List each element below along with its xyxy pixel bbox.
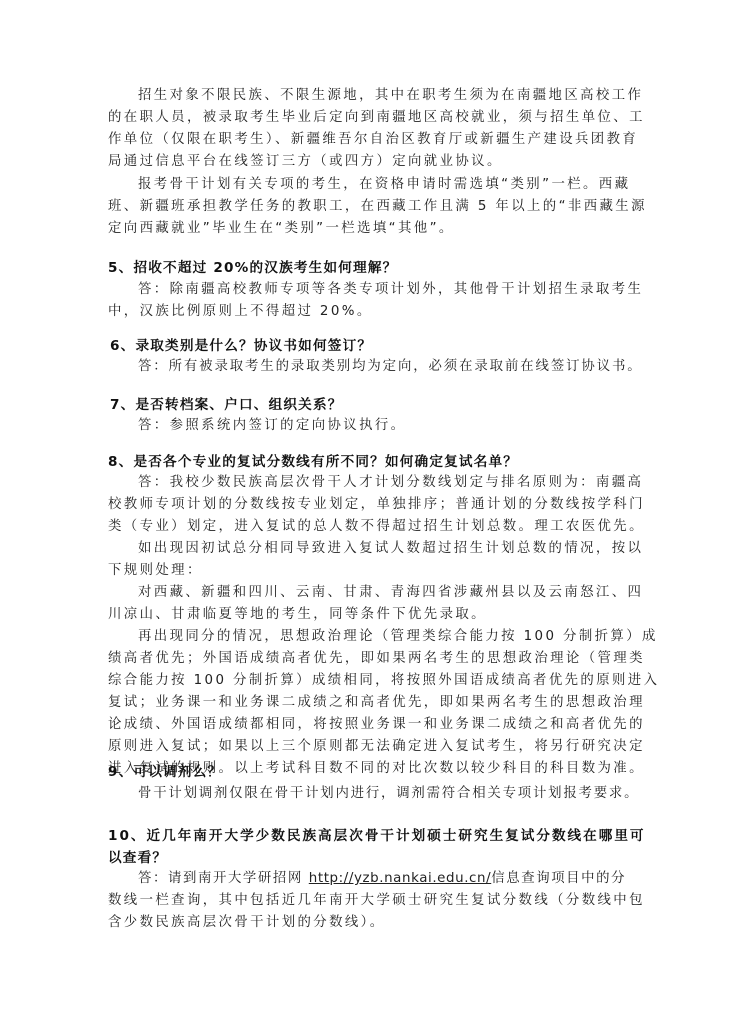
question-7-heading: 7、是否转档案、户口、组织关系？ [110,394,624,416]
answer-8-line-1: 答：我校少数民族高层次骨干人才计划分数线划定与排名原则为：南疆高 [108,472,622,494]
question-10-heading-line-1: 10、近几年南开大学少数民族高层次骨干计划硕士研究生复试分数线在哪里可 [108,825,622,847]
answer-10-prefix: 答：请到南开大学研招网 [138,871,309,886]
question-5-heading: 5、招收不超过 20%的汉族考生如何理解？ [108,257,622,279]
answer-6-line-1: 答：所有被录取考生的录取类别均为定向，必须在录取前在线签订协议书。 [108,356,622,378]
question-8-heading: 8、是否各个专业的复试分数线有所不同？如何确定复试名单？ [108,451,622,473]
answer-8-line-7: 川凉山、甘肃临夏等地的考生，同等条件下优先录取。 [108,604,622,626]
answer-8-line-10: 综合能力按 100 分制折算）成绩相同，将按照外国语成绩高者优先的原则进入 [108,670,622,692]
answer-5-line-2: 中，汉族比例原则上不得超过 20%。 [108,301,622,323]
document-page: 招生对象不限民族、不限生源地，其中在职考生须为在南疆地区高校工作 的在职人员，被… [0,0,730,1035]
question-9-heading: 9、可以调剂么？ [108,761,622,783]
answer-8-line-5: 下规则处理： [108,560,622,582]
intro-p1-line-1: 招生对象不限民族、不限生源地，其中在职考生须为在南疆地区高校工作 [108,85,622,107]
answer-10-line-3: 含少数民族高层次骨干计划的分数线）。 [108,912,622,934]
intro-p2-line-2: 班、新疆班承担教学任务的教职工，在西藏工作且满 5 年以上的“非西藏生源 [108,196,622,218]
nankai-yzb-link[interactable]: http://yzb.nankai.edu.cn/ [309,871,491,886]
intro-p2-line-3: 定向西藏就业”毕业生在“类别”一栏选填“其他”。 [108,218,622,240]
answer-8-line-4: 如出现因初试总分相同导致进入复试人数超过招生计划总数的情况，按以 [108,538,622,560]
answer-10-line-1: 答：请到南开大学研招网 http://yzb.nankai.edu.cn/信息查… [108,868,622,890]
intro-p1-line-2: 的在职人员，被录取考生毕业后定向到南疆地区高校就业，须与招生单位、工 [108,107,622,129]
question-6-heading: 6、录取类别是什么？协议书如何签订？ [110,335,624,357]
answer-8-line-6: 对西藏、新疆和四川、云南、甘肃、青海四省涉藏州县以及云南怒江、四 [108,582,622,604]
answer-5-line-1: 答：除南疆高校教师专项等各类专项计划外，其他骨干计划招生录取考生 [108,279,622,301]
answer-8-line-3: 类（专业）划定，进入复试的总人数不得超过招生计划总数。理工农医优先。 [108,516,622,538]
answer-8-line-2: 校教师专项计划的分数线按专业划定，单独排序；普通计划的分数线按学科门 [108,494,622,516]
answer-8-line-9: 绩高者优先；外国语成绩高者优先，即如果两名考生的思想政治理论（管理类 [108,648,622,670]
question-10-heading-line-2: 以查看？ [108,847,622,869]
answer-8-line-8: 再出现同分的情况，思想政治理论（管理类综合能力按 100 分制折算）成 [108,626,622,648]
answer-10-suffix: 信息查询项目中的分 [491,871,626,886]
answer-8-line-13: 原则进入复试；如果以上三个原则都无法确定进入复试考生，将另行研究决定 [108,736,622,758]
answer-8-line-12: 论成绩、外国语成绩都相同，将按照业务课一和业务课二成绩之和高者优先的 [108,714,622,736]
answer-7-line-1: 答：参照系统内签订的定向协议执行。 [108,415,622,437]
intro-p1-line-3: 作单位（仅限在职考生）、新疆维吾尔自治区教育厅或新疆生产建设兵团教育 [108,129,622,151]
answer-10-line-2: 数线一栏查询，其中包括近几年南开大学硕士研究生复试分数线（分数线中包 [108,890,622,912]
answer-9-line-1: 骨干计划调剂仅限在骨干计划内进行，调剂需符合相关专项计划报考要求。 [108,783,622,805]
answer-8-line-11: 复试；业务课一和业务课二成绩之和高者优先，即如果两名考生的思想政治理 [108,692,622,714]
intro-p2-line-1: 报考骨干计划有关专项的考生，在资格申请时需选填“类别”一栏。西藏 [108,174,622,196]
intro-p1-line-4: 局通过信息平台在线签订三方（或四方）定向就业协议。 [108,151,622,173]
